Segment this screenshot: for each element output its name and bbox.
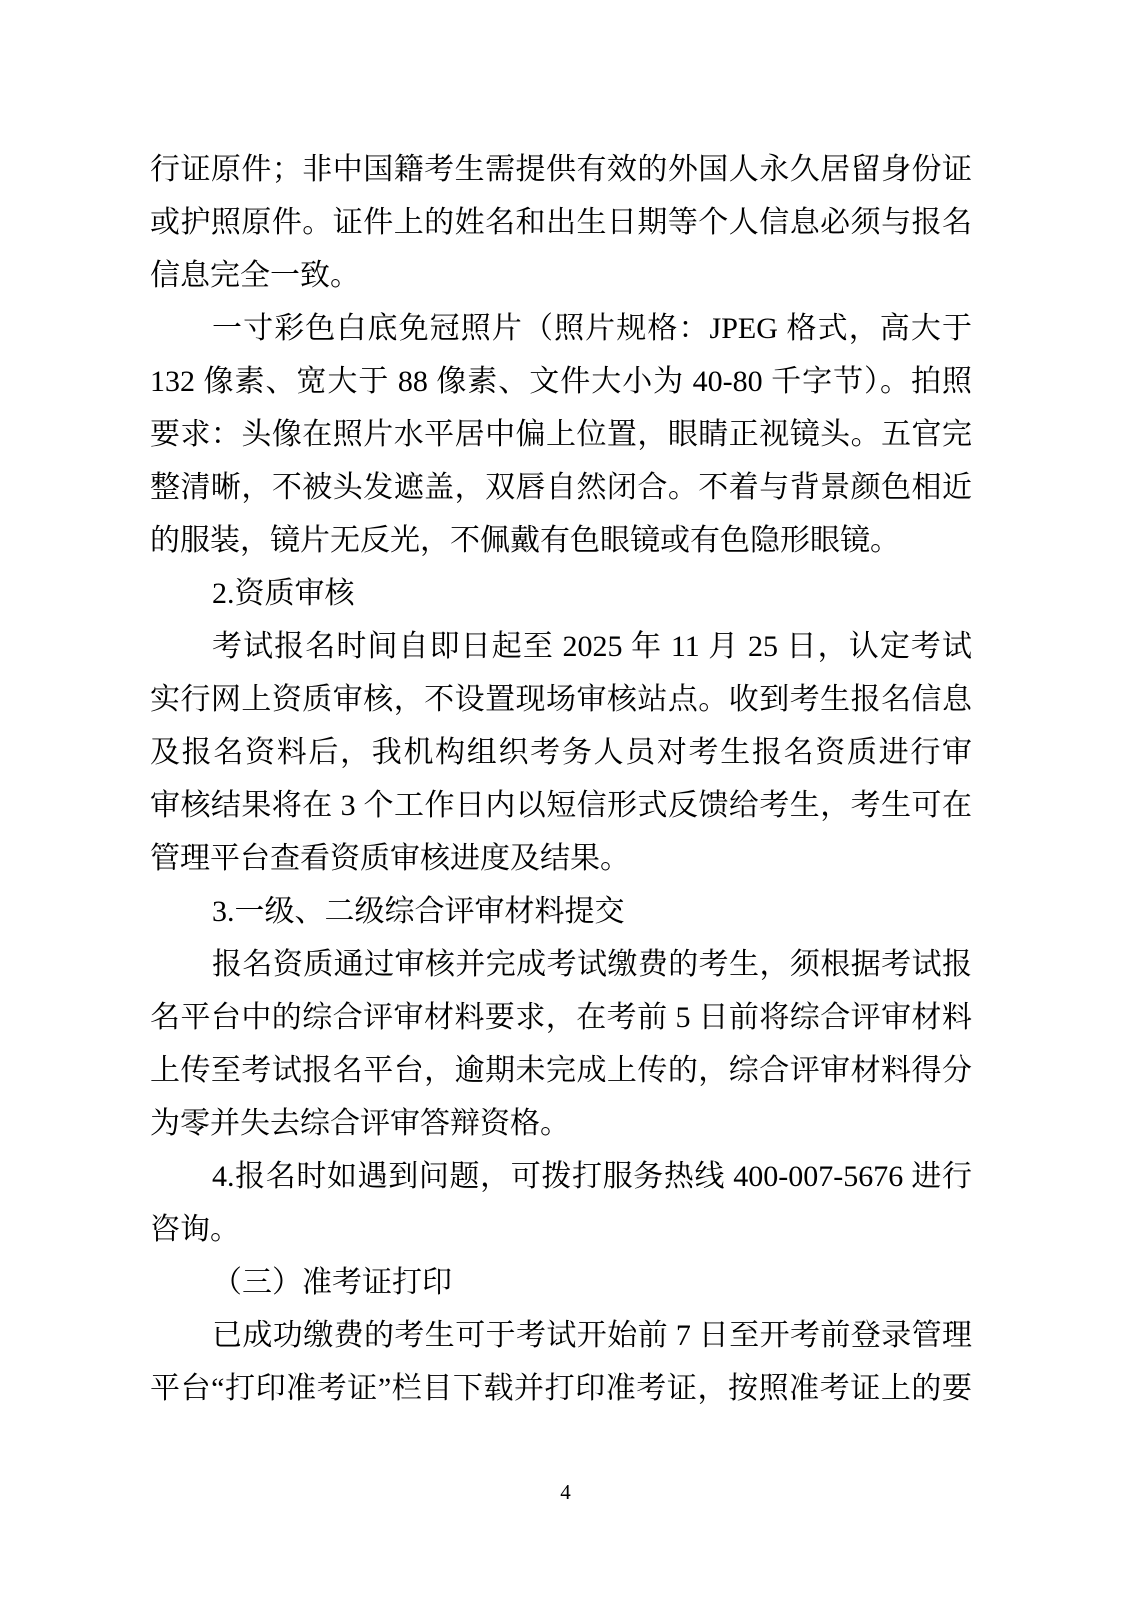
text-line: 名平台中的综合评审材料要求，在考前 5 日前将综合评审材料 <box>150 991 972 1044</box>
text-line: 及报名资料后，我机构组织考务人员对考生报名资质进行审核， <box>150 726 972 779</box>
page-number: 4 <box>0 1478 1131 1506</box>
text-line: 平台“打印准考证”栏目下载并打印准考证，按照准考证上的要 <box>150 1362 972 1415</box>
text-line: 一寸彩色白底免冠照片（照片规格：JPEG 格式，高大于 <box>150 302 972 355</box>
section-heading: （三）准考证打印 <box>150 1256 972 1309</box>
text-line: 132 像素、宽大于 88 像素、文件大小为 40-80 千字节）。拍照 <box>150 355 972 408</box>
text-line: 报名资质通过审核并完成考试缴费的考生，须根据考试报 <box>150 938 972 991</box>
text-line: 要求：头像在照片水平居中偏上位置，眼睛正视镜头。五官完 <box>150 408 972 461</box>
text-line: 考试报名时间自即日起至 2025 年 11 月 25 日，认定考试 <box>150 620 972 673</box>
text-line: 行证原件；非中国籍考生需提供有效的外国人永久居留身份证 <box>150 143 972 196</box>
document-page: 行证原件；非中国籍考生需提供有效的外国人永久居留身份证或护照原件。证件上的姓名和… <box>0 0 1131 1600</box>
paragraph: 报名资质通过审核并完成考试缴费的考生，须根据考试报名平台中的综合评审材料要求，在… <box>150 938 972 1150</box>
text-line: 管理平台查看资质审核进度及结果。 <box>150 832 972 885</box>
text-line: 审核结果将在 3 个工作日内以短信形式反馈给考生，考生可在 <box>150 779 972 832</box>
paragraph: 考试报名时间自即日起至 2025 年 11 月 25 日，认定考试实行网上资质审… <box>150 620 972 885</box>
text-line: 上传至考试报名平台，逾期未完成上传的，综合评审材料得分 <box>150 1044 972 1097</box>
section-heading: 2.资质审核 <box>150 567 972 620</box>
document-body: 行证原件；非中国籍考生需提供有效的外国人永久居留身份证或护照原件。证件上的姓名和… <box>150 143 972 1415</box>
text-line: 的服装，镜片无反光，不佩戴有色眼镜或有色隐形眼镜。 <box>150 514 972 567</box>
text-line: 3.一级、二级综合评审材料提交 <box>150 885 972 938</box>
text-line: 整清晰，不被头发遮盖，双唇自然闭合。不着与背景颜色相近 <box>150 461 972 514</box>
text-line: 已成功缴费的考生可于考试开始前 7 日至开考前登录管理 <box>150 1309 972 1362</box>
paragraph: 已成功缴费的考生可于考试开始前 7 日至开考前登录管理平台“打印准考证”栏目下载… <box>150 1309 972 1415</box>
text-line: 咨询。 <box>150 1203 972 1256</box>
text-line: 实行网上资质审核，不设置现场审核站点。收到考生报名信息 <box>150 673 972 726</box>
paragraph: 4.报名时如遇到问题，可拨打服务热线 400-007-5676 进行咨询。 <box>150 1150 972 1256</box>
text-line: 信息完全一致。 <box>150 249 972 302</box>
text-line: 或护照原件。证件上的姓名和出生日期等个人信息必须与报名 <box>150 196 972 249</box>
paragraph: 行证原件；非中国籍考生需提供有效的外国人永久居留身份证或护照原件。证件上的姓名和… <box>150 143 972 302</box>
text-line: 为零并失去综合评审答辩资格。 <box>150 1097 972 1150</box>
text-line: 4.报名时如遇到问题，可拨打服务热线 400-007-5676 进行 <box>150 1150 972 1203</box>
section-heading: 3.一级、二级综合评审材料提交 <box>150 885 972 938</box>
paragraph: 一寸彩色白底免冠照片（照片规格：JPEG 格式，高大于132 像素、宽大于 88… <box>150 302 972 567</box>
text-line: 2.资质审核 <box>150 567 972 620</box>
text-line: （三）准考证打印 <box>150 1256 972 1309</box>
